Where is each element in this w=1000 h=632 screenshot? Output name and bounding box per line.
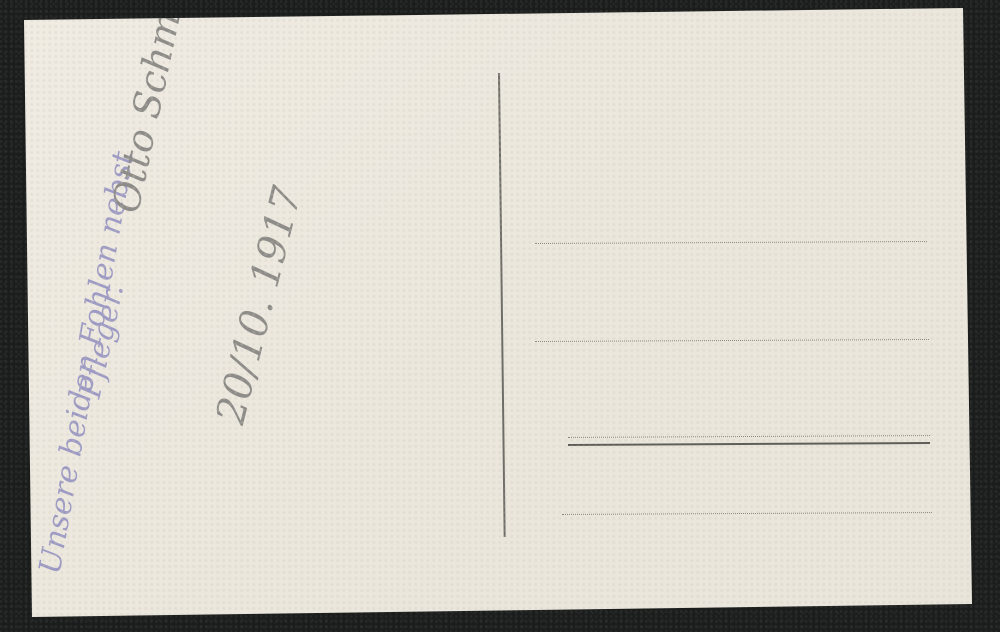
address-line-1 bbox=[535, 241, 927, 244]
message-line-1: Unsere beiden Fohlen nebst bbox=[33, 58, 158, 576]
message-line-2: Pfleger. bbox=[73, 281, 131, 401]
signature: Otto Schmitt bbox=[103, 0, 197, 217]
center-divider bbox=[498, 73, 506, 537]
date: 20/10. 1917 bbox=[208, 182, 311, 428]
address-line-3 bbox=[568, 435, 930, 438]
address-underline bbox=[568, 442, 930, 446]
postcard-back: Unsere beiden Fohlen nebst Pfleger. Otto… bbox=[0, 0, 1000, 632]
address-line-2 bbox=[535, 339, 929, 342]
address-line-4 bbox=[562, 512, 932, 515]
